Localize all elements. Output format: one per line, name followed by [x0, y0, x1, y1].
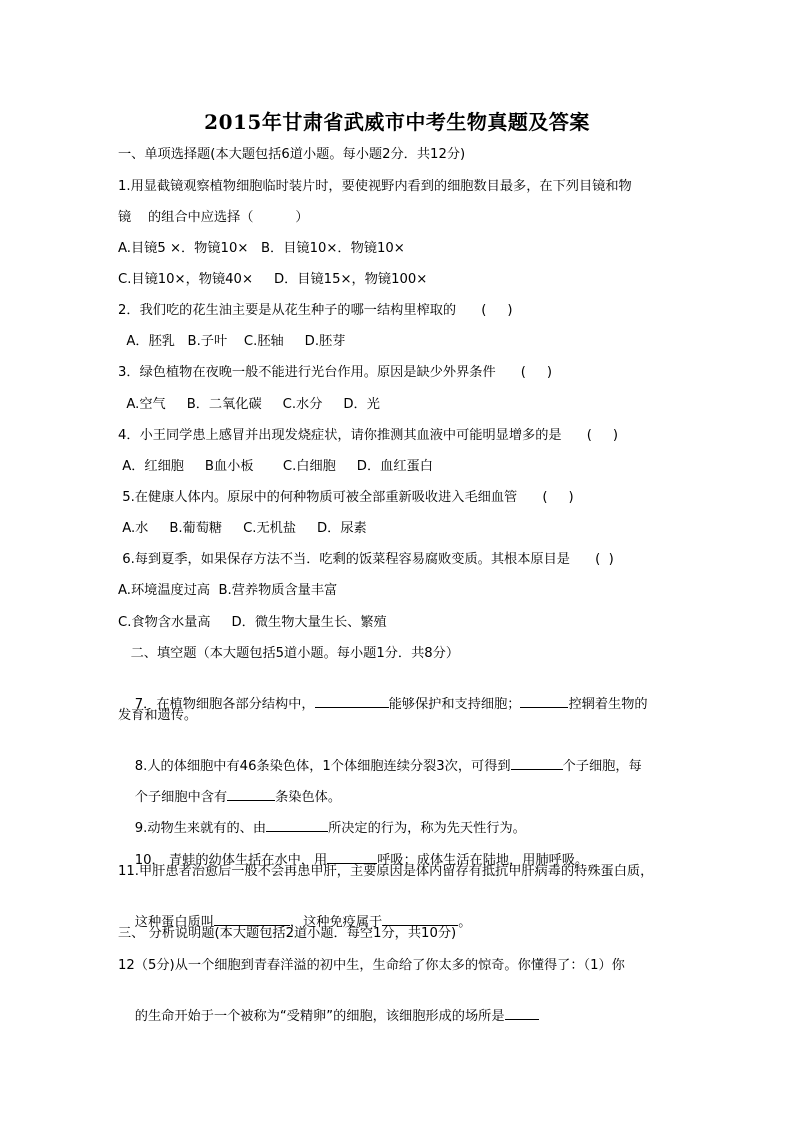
question-7-text-c: 控辋着生物的 — [568, 697, 647, 712]
question-2-stem: 2．我们吃的花生油主要是从花生种子的哪一结构里榨取的 ( ) — [118, 302, 512, 320]
question-6-options-line2: C.食物含水量高 D．微生物大量生长、繁殖 — [118, 614, 387, 632]
question-2-options: A．胚乳 B.子叶 C.胚轴 D.胚芽 — [118, 333, 345, 351]
question-5-stem: 5.在健康人体内。原尿中的何种物质可被全部重新吸收进入毛细血管 ( ) — [118, 489, 574, 507]
question-12-line1: 12（5分)从一个细胞到青春洋溢的初中生，生命给了你太多的惊奇。你懂得了：（1）… — [118, 957, 625, 975]
question-7-line2: 发育和遗传。 — [118, 707, 197, 725]
question-8-text-b: 个子细胞，每 — [563, 759, 642, 774]
question-5-options: A.水 B.葡萄糖 C.无机盐 D．尿素 — [118, 520, 367, 538]
answer-blank[interactable] — [520, 694, 568, 708]
answer-blank[interactable] — [266, 818, 328, 832]
answer-blank[interactable] — [382, 912, 458, 926]
answer-blank[interactable] — [227, 787, 275, 801]
question-6-options-line1: A.环境温度过高 B.营养物质含量丰富 — [118, 582, 337, 600]
document-title: 2015年甘肃省武威市中考生物真题及答案 — [0, 106, 794, 135]
question-11-line1: 11.甲肝患者治愈后一般不会再患甲肝，主要原因是体内留存有抵抗甲肝病毒的特殊蛋白… — [118, 863, 653, 881]
question-12-text: 的生命开始于一个被称为“受精卵”的细胞，该细胞形成的场所是 — [135, 1009, 505, 1024]
question-12-line2: 的生命开始于一个被称为“受精卵”的细胞，该细胞形成的场所是 — [118, 988, 539, 1044]
section-heading-3: 三、 分析说明题(本大题包括2道小题．每空1分，共10分) — [118, 925, 456, 943]
answer-blank[interactable] — [315, 694, 389, 708]
question-1-stem-line1: 1.用显截镜观察植物细胞临时装片时，要使视野内看到的细胞数目最多，在下列目镜和物 — [118, 178, 632, 196]
answer-blank[interactable] — [327, 850, 377, 864]
question-7-line1: 7．在植物细胞各部分结构中，能够保护和支持细胞；控辋着生物的 — [118, 676, 648, 732]
question-4-options: A．红细胞 B血小板 C.白细胞 D．血红蛋白 — [118, 458, 433, 476]
answer-blank[interactable] — [214, 912, 290, 926]
question-1-stem-line2: 镜 的组合中应选择（ ） — [118, 209, 309, 227]
question-7-text-b: 能够保护和支持细胞； — [389, 697, 521, 712]
document-page: 2015年甘肃省武威市中考生物真题及答案 一、单项选择题(本大题包括6道小题。每… — [0, 0, 794, 1123]
question-1-options-line2: C.目镜10×，物镜40× D．目镜15×，物镜100× — [118, 271, 427, 289]
section-heading-2: 二、填空题（本大题包括5道小题。每小题1分．共8分） — [118, 645, 459, 663]
question-1-options-line1: A.目镜5 ×．物镜10× B．目镜10×．物镜10× — [118, 240, 405, 258]
answer-blank[interactable] — [511, 756, 563, 770]
question-4-stem: 4．小王同学患上感冒并出现发烧症状，请你推测其血液中可能明显增多的是 ( ) — [118, 427, 618, 445]
question-6-stem: 6.每到夏季，如果保存方法不当．吃剩的饭菜程容易腐败变质。其根本原目是 ( ) — [118, 551, 614, 569]
question-3-stem: 3．绿色植物在夜晚一般不能进行光台作用。原因是缺少外界条件 ( ) — [118, 364, 552, 382]
section-heading-1: 一、单项选择题(本大题包括6道小题。每小题2分．共12分) — [118, 146, 465, 164]
answer-blank[interactable] — [505, 1006, 539, 1020]
question-3-options: A.空气 B．二氧化碳 C.水分 D．光 — [118, 396, 380, 414]
question-11-text-c: 。 — [458, 915, 471, 930]
